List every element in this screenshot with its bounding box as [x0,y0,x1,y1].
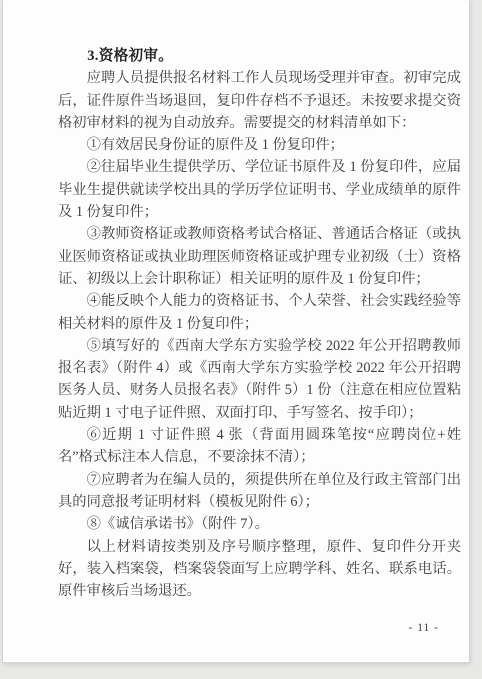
document-content: 3.资格初审。 应聘人员提供报名材料工作人员现场受理并审查。初审完成后，证件原件… [58,45,461,602]
paragraph: ⑧《诚信承诺书》（附件 7）。 [58,513,461,535]
viewer-background: 3.资格初审。 应聘人员提供报名材料工作人员现场受理并审查。初审完成后，证件原件… [0,0,482,679]
document-body: 应聘人员提供报名材料工作人员现场受理并审查。初审完成后，证件原件当场退回，复印件… [58,67,461,602]
paragraph: ⑤填写好的《西南大学东方实验学校 2022 年公开招聘教师报名表》（附件 4）或… [58,335,461,424]
page-number: - 11 - [409,622,439,634]
paragraph: 应聘人员提供报名材料工作人员现场受理并审查。初审完成后，证件原件当场退回，复印件… [58,67,461,134]
paragraph: ②往届毕业生提供学历、学位证书原件及 1 份复印件，应届毕业生提供就读学校出具的… [58,156,461,223]
paragraph: 以上材料请按类别及序号顺序整理，原件、复印件分开夹好，装入档案袋，档案袋袋面写上… [58,536,461,603]
paragraph: ①有效居民身份证的原件及 1 份复印件； [58,134,461,156]
document-page: 3.资格初审。 应聘人员提供报名材料工作人员现场受理并审查。初审完成后，证件原件… [2,0,470,663]
paragraph: ⑦应聘者为在编人员的，须提供所在单位及行政主管部门出具的同意报考证明材料（模板见… [58,469,461,514]
section-heading: 3.资格初审。 [58,45,461,67]
paragraph: ④能反映个人能力的资格证书、个人荣誉、社会实践经验等相关材料的原件及 1 份复印… [58,290,461,335]
paragraph: ③教师资格证或教师资格考试合格证、普通话合格证（或执业医师资格证或执业助理医师资… [58,223,461,290]
paragraph: ⑥近期 1 寸证件照 4 张（背面用圆珠笔按“应聘岗位+姓名”格式标注本人信息，… [58,424,461,469]
